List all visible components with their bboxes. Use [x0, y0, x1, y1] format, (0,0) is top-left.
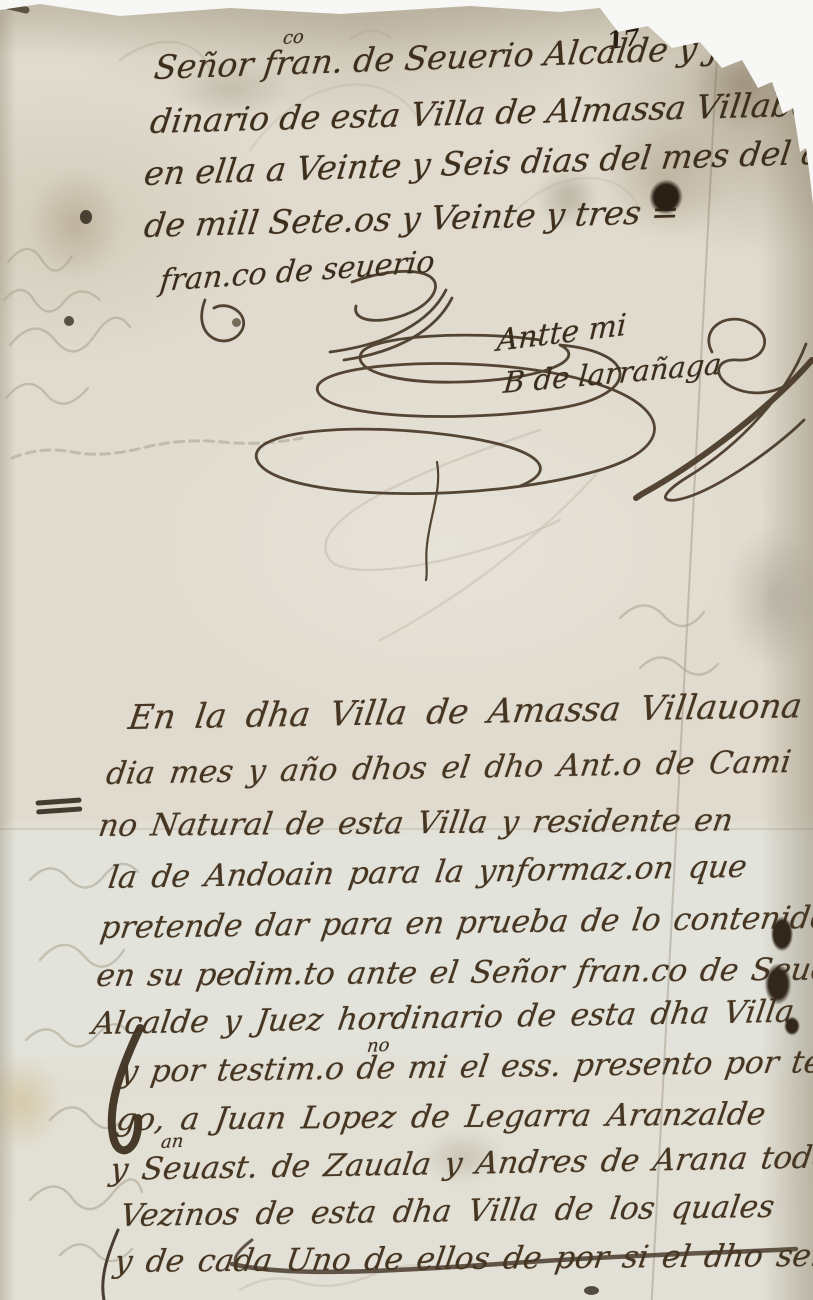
body-line: Vezinos de esta dha Villa de los quales	[118, 1189, 777, 1234]
body-line: Alcalde y Juez hordinario de esta dha Vi…	[90, 994, 797, 1042]
notary-signature: B de larrañaga	[502, 347, 723, 400]
ink-speck	[584, 1286, 599, 1295]
body-line: pretende dar para en prueba de lo conten…	[98, 900, 813, 946]
opening-line: en ella a Veinte y Seis dias del mes del…	[142, 131, 813, 193]
superscript-no: no	[366, 1035, 391, 1057]
body-line: no Natural de esta Villa y residente en	[96, 802, 735, 844]
superscript-an: an	[160, 1131, 185, 1153]
paper-sheet: 17 Señor fran. de Seuerio Alcalde y Juez…	[0, 0, 813, 1300]
opening-line: Señor fran. de Seuerio Alcalde y Juez ho…	[152, 24, 813, 87]
ink-speck	[80, 210, 92, 224]
stain	[0, 1055, 62, 1150]
stain	[30, 168, 122, 280]
manuscript-scan: 17 Señor fran. de Seuerio Alcalde y Juez…	[0, 0, 813, 1300]
corner-mark	[0, 4, 26, 10]
right-margin-flourish	[636, 319, 812, 500]
principal-signature: fran.co de seuerio	[158, 244, 436, 299]
body-line: En la dha Villa de Amassa Villauona dho	[126, 685, 813, 738]
body-line: y por testim.o de mi el ess. presento po…	[118, 1044, 813, 1090]
body-line: y de cada Uno de ellos de por si el dho …	[112, 1237, 813, 1280]
superscript-co: co	[282, 26, 305, 49]
body-line: la de Andoain para la ynformaz.on que	[106, 849, 749, 896]
ink-speck	[232, 318, 241, 327]
margin-double-dash-mark	[35, 797, 82, 817]
body-line: dia mes y año dhos el dho Ant.o de Cami	[104, 744, 793, 792]
body-line: go, a Juan Lopez de Legarra Aranzalde	[114, 1096, 768, 1138]
body-line: en su pedim.to ante el Señor fran.co de …	[94, 951, 813, 994]
opening-line: de mill Sete.os y Veinte y tres =	[142, 192, 682, 245]
stain	[726, 525, 813, 670]
opening-line: dinario de esta Villa de Almassa Villabo…	[148, 83, 813, 141]
ante-mi-attestation: Antte mi	[496, 308, 627, 359]
ink-speck	[64, 316, 74, 326]
body-line: y Seuast. de Zauala y Andres de Arana to…	[108, 1139, 813, 1188]
